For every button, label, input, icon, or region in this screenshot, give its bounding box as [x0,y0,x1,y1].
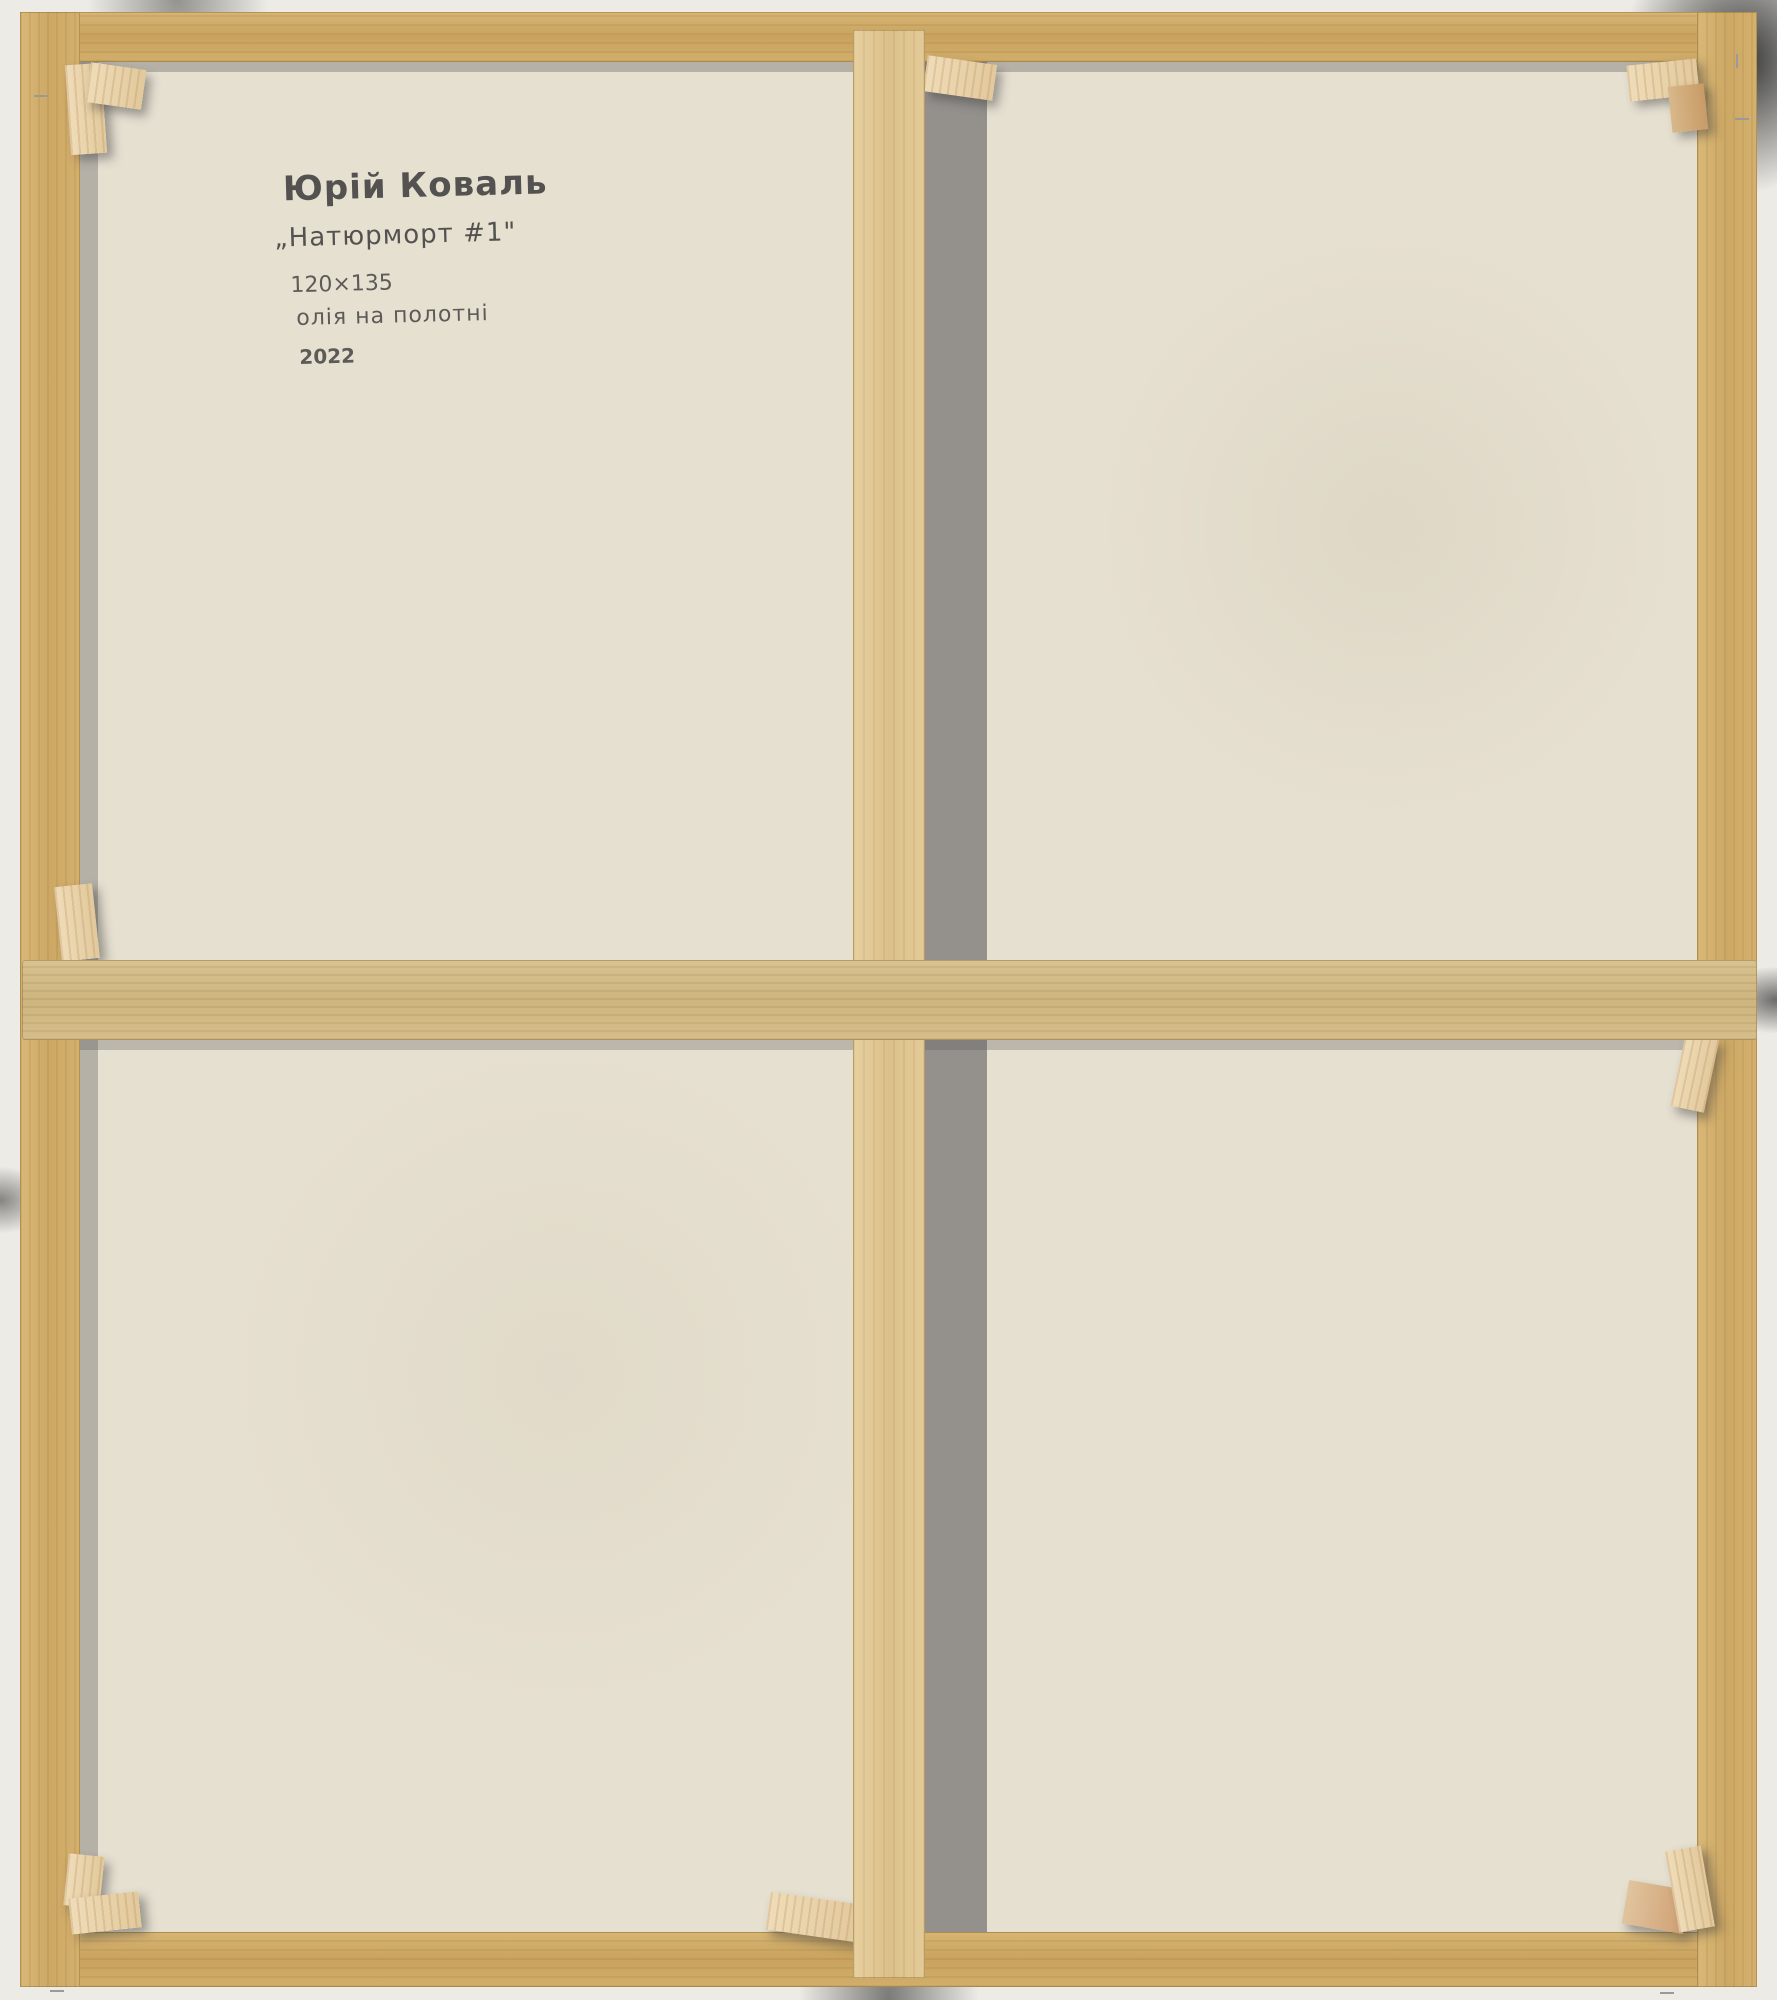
artwork-medium: олія на полотні [296,298,617,331]
stretcher-horizontal-crossbar [22,960,1757,1040]
vertical-bar-shadow-upper [925,62,987,960]
staple [1736,54,1738,68]
staple [1660,1992,1674,1994]
staple [34,95,48,97]
staple [50,1990,64,1992]
handwritten-inscription: Юрій Коваль „Натюрморт #1" 120×135 олія … [282,161,617,370]
corner-wedge [1668,83,1709,133]
staple [1735,118,1749,120]
artist-name: Юрій Коваль [282,161,613,210]
artwork-title: „Натюрморт #1" [274,215,615,254]
corner-wedge [68,1891,141,1934]
side-wedge [54,883,100,962]
corner-wedge [85,62,146,109]
vertical-bar-shadow-lower [925,1040,987,1935]
artwork-dimensions: 120×135 [290,265,616,298]
